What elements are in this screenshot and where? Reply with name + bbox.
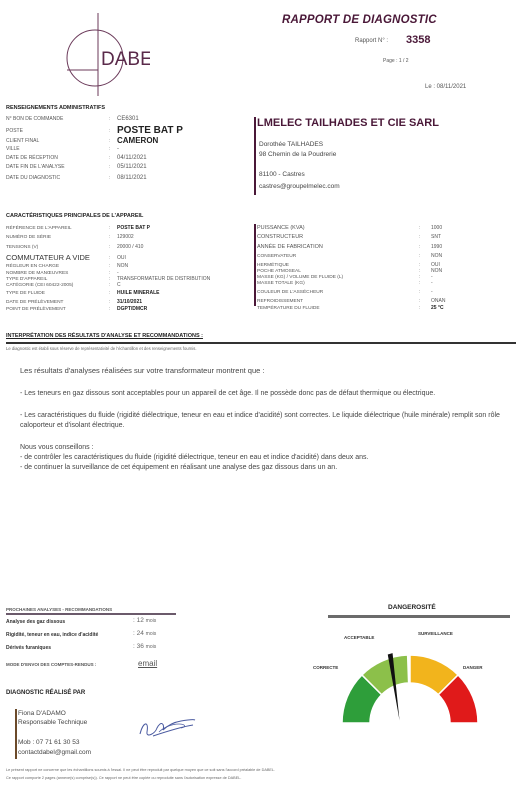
characteristic-label: POCHE ATMOSEAL xyxy=(257,269,419,274)
separator: : xyxy=(109,299,117,305)
interpretation-paragraph-2: - Les caractéristiques du fluide (rigidi… xyxy=(20,411,510,431)
characteristic-value: 20000 / 410 xyxy=(117,244,143,250)
client-contact: Dorothée TAILHADES xyxy=(259,141,323,148)
separator: : xyxy=(109,255,117,261)
divider xyxy=(6,613,176,615)
characteristic-value: - xyxy=(431,289,433,295)
characteristic-value: ONAN xyxy=(431,298,445,304)
send-mode-label: MODE D'ENVOI DES COMPTES-RENDUS : xyxy=(6,662,96,667)
characteristic-row: DATE DE PRÉLÈVEMENT:31/10/2021 xyxy=(6,299,142,305)
characteristic-row: COMMUTATEUR A VIDE:OUI xyxy=(6,253,126,262)
next-analysis-label: Analyse des gaz dissous xyxy=(6,619,65,625)
separator: : xyxy=(419,244,431,250)
separator: : xyxy=(109,244,117,250)
technician-name: Fiona D'ADAMO xyxy=(18,710,66,717)
client-address: 98 Chemin de la Poudrerie xyxy=(259,151,336,158)
admin-value: CAMERON xyxy=(117,136,158,145)
client-city: 81100 - Castres xyxy=(259,171,305,178)
characteristic-label: TEMPÉRATURE DU FLUIDE xyxy=(257,306,419,311)
admin-row: DATE DU DIAGNOSTIC:08/11/2021 xyxy=(6,175,147,181)
characteristic-row: TEMPÉRATURE DU FLUIDE:25 °C xyxy=(257,305,444,311)
characteristic-label: CONSERVATEUR xyxy=(257,254,419,259)
characteristic-value: 129002 xyxy=(117,234,134,240)
characteristic-row: TYPE DE FLUIDE:HUILE MINERALE xyxy=(6,290,160,296)
admin-label: VILLE xyxy=(6,146,109,152)
send-mode-value[interactable]: email xyxy=(138,659,157,668)
separator: : xyxy=(109,234,117,240)
admin-row: DATE DE RÉCEPTION:04/11/2021 xyxy=(6,155,147,161)
client-accent-bar xyxy=(254,117,256,195)
diagnosis-by-title: DIAGNOSTIC RÉALISÉ PAR xyxy=(6,690,85,696)
separator: : xyxy=(419,234,431,240)
characteristic-label: COULEUR DE L'ASSÉCHEUR xyxy=(257,290,419,295)
report-number: 3358 xyxy=(406,34,430,46)
characteristic-row: RÉGLEUR EN CHARGE:NON xyxy=(6,263,128,269)
characteristic-label: TYPE D'APPAREIL xyxy=(6,277,109,282)
characteristic-label: MASSE TOTALE (kg) xyxy=(257,281,419,286)
technician-role: Responsable Technique xyxy=(18,719,87,726)
characteristic-value: - xyxy=(431,280,433,286)
advice-title: Nous vous conseillons : xyxy=(20,443,510,453)
admin-row: CLIENT FINAL:CAMERON xyxy=(6,136,158,145)
admin-row: N° BON DE COMMANDE:CE6301 xyxy=(6,116,139,122)
admin-value: - xyxy=(117,146,119,152)
advice-1: - de contrôler les caractéristiques du f… xyxy=(20,453,510,463)
admin-value: 04/11/2021 xyxy=(117,155,147,161)
gauge-label-correcte: CORRECTE xyxy=(313,665,338,670)
characteristic-row: COULEUR DE L'ASSÉCHEUR:- xyxy=(257,289,433,295)
characteristic-row: REFROIDISSEMENT:ONAN xyxy=(257,298,445,304)
admin-row: POSTE:POSTE BAT P xyxy=(6,125,183,136)
separator: : xyxy=(109,175,117,181)
characteristic-label: PUISSANCE (kVA) xyxy=(257,225,419,231)
separator: : xyxy=(419,305,431,311)
characteristic-value: HUILE MINERALE xyxy=(117,290,160,296)
characteristic-value: NON xyxy=(431,253,442,259)
signature-image xyxy=(135,712,200,747)
characteristic-row: ANNÉE DE FABRICATION:1990 xyxy=(257,244,442,250)
characteristic-label: CONSTRUCTEUR xyxy=(257,234,419,240)
next-analysis-value: : 12 mois xyxy=(133,617,156,624)
characteristic-row: RÉFÉRENCE DE L'APPAREIL:POSTE BAT P xyxy=(6,225,150,231)
characteristic-value: 31/10/2021 xyxy=(117,299,142,305)
next-analysis-value: : 24 mois xyxy=(133,630,156,637)
separator: : xyxy=(109,138,117,144)
report-title: RAPPORT DE DIAGNOSTIC xyxy=(282,14,437,26)
dabel-logo: DABEL xyxy=(30,8,150,96)
separator: : xyxy=(109,290,117,296)
gauge-label-acceptable: ACCEPTABLE xyxy=(344,635,374,640)
characteristic-row: CONSERVATEUR:NON xyxy=(257,253,442,259)
divider xyxy=(6,342,516,344)
separator: : xyxy=(109,282,117,288)
divider xyxy=(328,615,510,618)
characteristic-value: TRANSFORMATEUR DE DISTRIBUTION xyxy=(117,276,210,282)
characteristic-row: MASSE TOTALE (kg):- xyxy=(257,280,433,286)
characteristics-accent-bar xyxy=(254,224,256,306)
next-analysis-label: Dérivés furaniques xyxy=(6,645,51,651)
characteristics-section-title: CARACTÉRISTIQUES PRINCIPALES DE L'APPARE… xyxy=(6,213,143,219)
characteristic-value: DGPT/DMCR xyxy=(117,306,147,312)
separator: : xyxy=(109,306,117,312)
admin-value: 05/11/2021 xyxy=(117,164,147,170)
separator: : xyxy=(109,263,117,269)
danger-title: DANGEROSITÉ xyxy=(388,604,436,611)
separator: : xyxy=(109,128,117,134)
admin-row: DATE FIN DE L'ANALYSE:05/11/2021 xyxy=(6,164,147,170)
next-analysis-value: : 36 mois xyxy=(133,643,156,650)
characteristic-label: TENSIONS (V) xyxy=(6,245,109,250)
characteristic-value: 1000 xyxy=(431,225,442,231)
characteristic-value: NON xyxy=(117,263,128,269)
admin-value: 08/11/2021 xyxy=(117,175,147,181)
advice-2: - de continuer la surveillance de cet éq… xyxy=(20,463,510,473)
interpretation-paragraph-1: - Les teneurs en gaz dissous sont accept… xyxy=(20,389,510,399)
footer-line-1: Le présent rapport ne concerne que les é… xyxy=(6,768,275,772)
separator: : xyxy=(109,164,117,170)
technician-phone: Mob : 07 71 61 30 53 xyxy=(18,739,79,746)
characteristic-row: TENSIONS (V):20000 / 410 xyxy=(6,244,143,250)
characteristic-label: COMMUTATEUR A VIDE xyxy=(6,253,109,262)
client-name: LMELEC TAILHADES ET CIE SARL xyxy=(257,117,439,129)
characteristic-label: RÉFÉRENCE DE L'APPAREIL xyxy=(6,226,109,231)
svg-text:DABEL: DABEL xyxy=(101,49,150,70)
admin-value: POSTE BAT P xyxy=(117,125,183,136)
footer-line-2: Ce rapport comporte 2 pages (annexe(s) c… xyxy=(6,776,241,780)
characteristic-row: POINT DE PRÉLÈVEMENT:DGPT/DMCR xyxy=(6,306,147,312)
interpretation-intro: Les résultats d'analyses réalisées sur v… xyxy=(20,366,510,376)
report-number-label: Rapport N° : xyxy=(355,38,388,44)
separator: : xyxy=(419,289,431,295)
admin-section-title: RENSEIGNEMENTS ADMINISTRATIFS xyxy=(6,105,105,111)
characteristic-label: TYPE DE FLUIDE xyxy=(6,291,109,296)
diagnosis-accent-bar xyxy=(15,709,17,759)
admin-value: CE6301 xyxy=(117,116,139,122)
technician-email[interactable]: contactdabel@gmail.com xyxy=(18,749,91,756)
characteristic-label: HERMÉTIQUE xyxy=(257,263,419,268)
characteristic-value: SNT xyxy=(431,234,441,240)
characteristic-row: PUISSANCE (kVA):1000 xyxy=(257,225,442,231)
separator: : xyxy=(419,280,431,286)
next-analysis-label: Rigidité, teneur en eau, indice d'acidit… xyxy=(6,632,98,638)
characteristic-row: CATÉGORIE (CEI 60422-2005):C xyxy=(6,282,121,288)
admin-label: N° BON DE COMMANDE xyxy=(6,116,109,122)
separator: : xyxy=(419,298,431,304)
separator: : xyxy=(109,146,117,152)
separator: : xyxy=(109,225,117,231)
characteristic-value: OUI xyxy=(117,255,126,261)
characteristic-row: CONSTRUCTEUR:SNT xyxy=(257,234,441,240)
characteristic-value: C xyxy=(117,282,121,288)
interpretation-title: INTERPRÉTATION DES RÉSULTATS D'ANALYSE E… xyxy=(6,333,203,339)
separator: : xyxy=(109,116,117,122)
characteristic-value: POSTE BAT P xyxy=(117,225,150,231)
characteristic-label: MASSE (kg) / VOLUME DE FLUIDE (L) xyxy=(257,275,419,280)
separator: : xyxy=(109,155,117,161)
next-analyses-title: PROCHAINES ANALYSES - RECOMMANDATIONS xyxy=(6,607,112,612)
admin-label: DATE DE RÉCEPTION xyxy=(6,155,109,161)
gauge-label-surveillance: SURVEILLANCE xyxy=(418,631,453,636)
characteristic-value: 1990 xyxy=(431,244,442,250)
page-indicator: Page : 1 / 2 xyxy=(383,58,409,64)
admin-row: VILLE:- xyxy=(6,146,119,152)
client-email[interactable]: castres@groupelmelec.com xyxy=(259,183,340,190)
report-date: Le : 08/11/2021 xyxy=(425,84,466,90)
admin-label: POSTE xyxy=(6,128,109,134)
characteristic-label: ANNÉE DE FABRICATION xyxy=(257,244,419,250)
characteristic-label: NOMBRE DE MANŒUVRES xyxy=(6,271,109,276)
characteristic-row: NUMÉRO DE SÉRIE:129002 xyxy=(6,234,134,240)
interpretation-note: Le diagnostic est établi sous réserve de… xyxy=(6,346,197,351)
characteristic-label: REFROIDISSEMENT xyxy=(257,299,419,304)
characteristic-value: 25 °C xyxy=(431,305,444,311)
danger-gauge: CORRECTE ACCEPTABLE SURVEILLANCE DANGER xyxy=(330,625,490,725)
admin-label: DATE FIN DE L'ANALYSE xyxy=(6,164,109,170)
gauge-label-danger: DANGER xyxy=(463,665,483,670)
characteristic-label: NUMÉRO DE SÉRIE xyxy=(6,235,109,240)
characteristic-label: CATÉGORIE (CEI 60422-2005) xyxy=(6,283,109,288)
characteristic-label: RÉGLEUR EN CHARGE xyxy=(6,264,109,269)
admin-label: CLIENT FINAL xyxy=(6,138,109,144)
characteristic-label: DATE DE PRÉLÈVEMENT xyxy=(6,300,109,305)
characteristic-label: POINT DE PRÉLÈVEMENT xyxy=(6,307,109,312)
admin-label: DATE DU DIAGNOSTIC xyxy=(6,175,109,181)
separator: : xyxy=(419,253,431,259)
separator: : xyxy=(419,225,431,231)
